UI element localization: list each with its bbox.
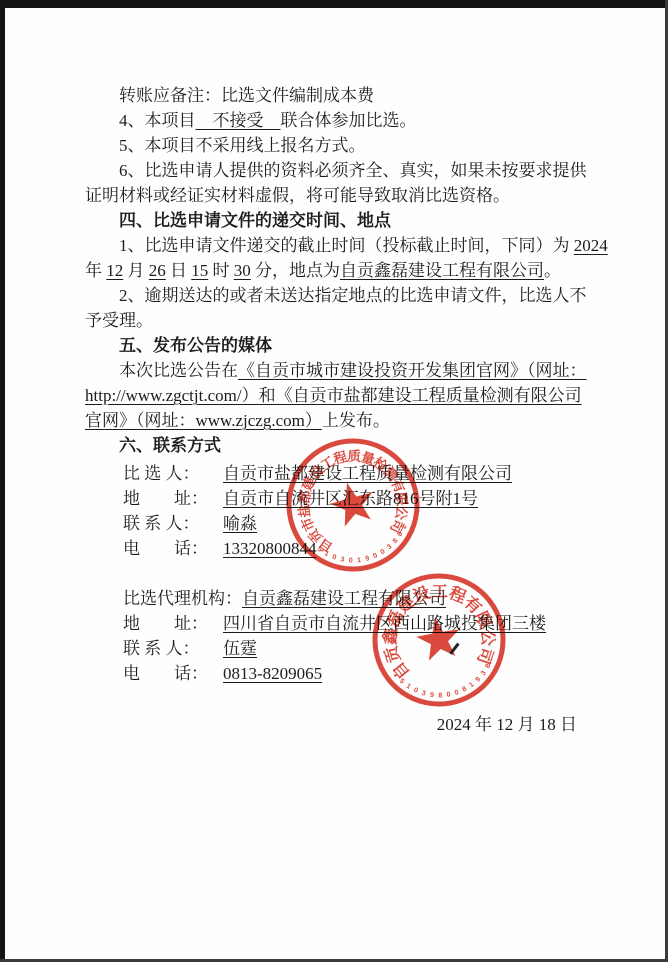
contact-row: 比选代理机构：自贡鑫磊建设工程有限公司 xyxy=(123,586,583,611)
svg-text:8: 8 xyxy=(438,692,442,699)
scan-edge-top xyxy=(0,0,668,8)
contact-label: 电 话： xyxy=(123,536,223,561)
svg-text:0: 0 xyxy=(446,691,451,699)
section-heading: 五、发布公告的媒体 xyxy=(85,333,583,358)
svg-text:3: 3 xyxy=(386,543,394,551)
svg-text:1: 1 xyxy=(357,557,362,564)
svg-text:0: 0 xyxy=(454,689,460,697)
contact-label: 比 选 人： xyxy=(123,461,223,486)
svg-text:9: 9 xyxy=(474,676,482,684)
official-seal-quality-inspection-company: 自贡市盐都建设工程质量检测有限公司5103019003802 xyxy=(283,435,423,575)
contact-row: 地 址：四川省自贡市自流井区西山路城投集团三楼 xyxy=(123,611,583,636)
svg-text:0: 0 xyxy=(372,552,378,560)
document-date: 2024 年 12 月 18 日 xyxy=(85,712,583,737)
svg-text:公: 公 xyxy=(478,629,498,647)
body-line: 转账应备注：比选文件编制成本费 xyxy=(85,83,583,108)
body-line: 2、逾期送达的或者未送达指定地点的比选申请文件，比选人不 xyxy=(85,283,583,308)
contact-value: 伍霆 xyxy=(223,639,257,658)
svg-text:1: 1 xyxy=(405,683,412,691)
body-line: 本次比选公告在《自贡市城市建设投资开发集团官网》（网址： xyxy=(85,358,583,383)
contact-value: 0813-8209065 xyxy=(223,664,322,683)
svg-text:3: 3 xyxy=(421,690,427,698)
body-line: 5、本项目不采用线上报名方式。 xyxy=(85,133,583,158)
document-page: 转账应备注：比选文件编制成本费4、本项目 不接受 联合体参加比选。5、本项目不采… xyxy=(0,0,668,962)
body-line: http://www.zgctjt.com/）和《自贡市盐都建设工程质量检测有限… xyxy=(85,383,583,408)
svg-text:9: 9 xyxy=(365,555,371,563)
contact-label: 比选代理机构： xyxy=(123,586,242,611)
svg-text:9: 9 xyxy=(429,692,434,699)
svg-text:3: 3 xyxy=(480,670,488,677)
scan-edge-left xyxy=(0,0,5,962)
contact-label: 联 系 人： xyxy=(123,636,223,661)
contact-label: 地 址： xyxy=(123,611,223,636)
contact-block-2: 比选代理机构：自贡鑫磊建设工程有限公司地 址：四川省自贡市自流井区西山路城投集团… xyxy=(123,586,583,686)
svg-text:8: 8 xyxy=(392,537,400,545)
svg-text:3: 3 xyxy=(340,556,345,564)
body-line: 官网》（网址：www.zjczg.com）上发布。 xyxy=(85,408,583,433)
seal-star-icon xyxy=(326,477,379,529)
contact-label: 联 系 人： xyxy=(123,511,223,536)
svg-text:0: 0 xyxy=(331,554,337,562)
body-line: 年 12 月 26 日 15 时 30 分，地点为自贡鑫磊建设工程有限公司。 xyxy=(85,258,583,283)
seal-star-icon xyxy=(413,614,463,663)
section-heading: 四、比选申请文件的递交时间、地点 xyxy=(85,208,583,233)
contact-value: 喻淼 xyxy=(223,514,257,533)
contact-row: 联 系 人：伍霆 xyxy=(123,636,583,661)
svg-text:8: 8 xyxy=(461,686,468,694)
svg-text:0: 0 xyxy=(379,548,386,556)
body-line: 6、比选申请人提供的资料必须齐全、真实，如果未按要求提供 xyxy=(85,158,583,183)
svg-text:0: 0 xyxy=(349,557,353,564)
contact-label: 电 话： xyxy=(123,661,223,686)
official-seal-xinlei-construction-company: 自贡鑫磊建设工程有限公司5103980081938 xyxy=(369,570,509,710)
svg-text:工: 工 xyxy=(431,583,448,601)
body-line: 予受理。 xyxy=(85,308,583,333)
contact-row: 电 话：0813-8209065 xyxy=(123,661,583,686)
body-text: 转账应备注：比选文件编制成本费4、本项目 不接受 联合体参加比选。5、本项目不采… xyxy=(85,83,583,458)
body-line: 4、本项目 不接受 联合体参加比选。 xyxy=(85,108,583,133)
body-line: 证明材料或经证实材料虚假，将可能导致取消比选资格。 xyxy=(85,183,583,208)
svg-text:1: 1 xyxy=(468,681,475,689)
body-line: 1、比选申请文件递交的截止时间（投标截止时间，下同）为 2024 xyxy=(85,233,583,258)
svg-text:0: 0 xyxy=(412,687,419,695)
contact-label: 地 址： xyxy=(123,486,223,511)
